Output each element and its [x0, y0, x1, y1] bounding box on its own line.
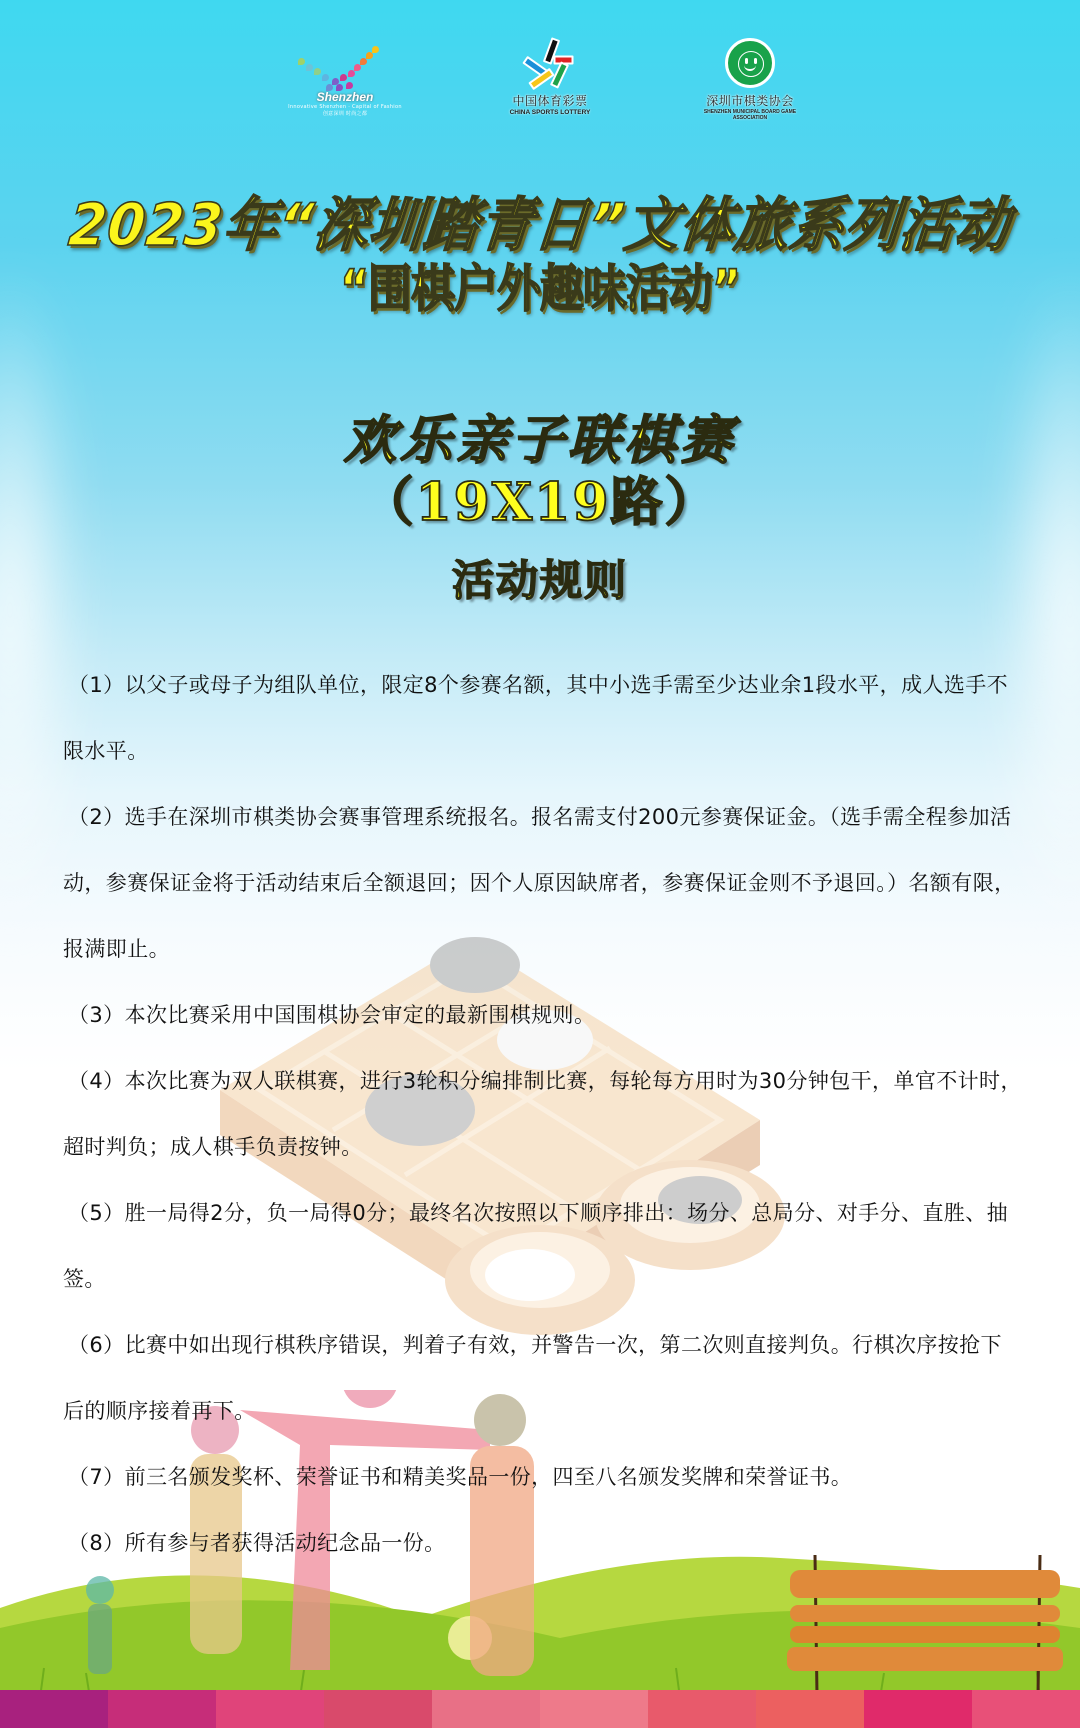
rule-item-3: （3）本次比赛采用中国围棋协会审定的最新围棋规则。	[63, 982, 1023, 1048]
lottery-name-cn: 中国体育彩票	[485, 92, 615, 109]
rule-item-1: （1）以父子或母子为组队单位，限定8个参赛名额，其中小选手需至少达业余1段水平，…	[63, 652, 1023, 784]
board-game-association-logo: 深圳市棋类协会 SHENZHEN MUNICIPAL BOARD GAME AS…	[690, 38, 810, 121]
rules-list: （1）以父子或母子为组队单位，限定8个参赛名额，其中小选手需至少达业余1段水平，…	[63, 652, 1023, 1576]
lottery-star-icon	[525, 38, 575, 88]
shenzhen-logo: Shenzhen Innovative Shenzhen · Capital o…	[285, 44, 405, 117]
butterfly-wings-icon	[290, 44, 400, 94]
smiley-face-emblem-icon	[725, 38, 775, 88]
event-board-size: （19X19路）	[0, 460, 1080, 535]
rule-item-5: （5）胜一局得2分，负一局得0分；最终名次按照以下顺序排出：场分、总局分、对手分…	[63, 1180, 1023, 1312]
logo-row: Shenzhen Innovative Shenzhen · Capital o…	[0, 38, 1080, 128]
association-name-cn: 深圳市棋类协会	[690, 92, 810, 109]
poster-subtitle: “围棋户外趣味活动”	[0, 247, 1080, 321]
rules-heading: 活动规则	[0, 548, 1080, 608]
rule-item-4: （4）本次比赛为双人联棋赛，进行3轮积分编排制比赛，每轮每方用时为30分钟包干，…	[63, 1048, 1023, 1180]
association-name-en: SHENZHEN MUNICIPAL BOARD GAME ASSOCIATIO…	[690, 109, 810, 121]
decorative-color-strip	[0, 1690, 1080, 1728]
shenzhen-logo-tagline-cn: 创意深圳 时尚之都	[285, 110, 405, 117]
rule-item-6: （6）比赛中如出现行棋秩序错误，判着子有效，并警告一次，第二次则直接判负。行棋次…	[63, 1312, 1023, 1444]
rule-item-8: （8）所有参与者获得活动纪念品一份。	[63, 1510, 1023, 1576]
poster: Shenzhen Innovative Shenzhen · Capital o…	[0, 0, 1080, 1728]
rule-item-7: （7）前三名颁发奖杯、荣誉证书和精美奖品一份，四至八名颁发奖牌和荣誉证书。	[63, 1444, 1023, 1510]
lottery-name-en: CHINA SPORTS LOTTERY	[485, 109, 615, 116]
china-sports-lottery-logo: 中国体育彩票 CHINA SPORTS LOTTERY	[485, 38, 615, 116]
rule-item-2: （2）选手在深圳市棋类协会赛事管理系统报名。报名需支付200元参赛保证金。（选手…	[63, 784, 1023, 982]
